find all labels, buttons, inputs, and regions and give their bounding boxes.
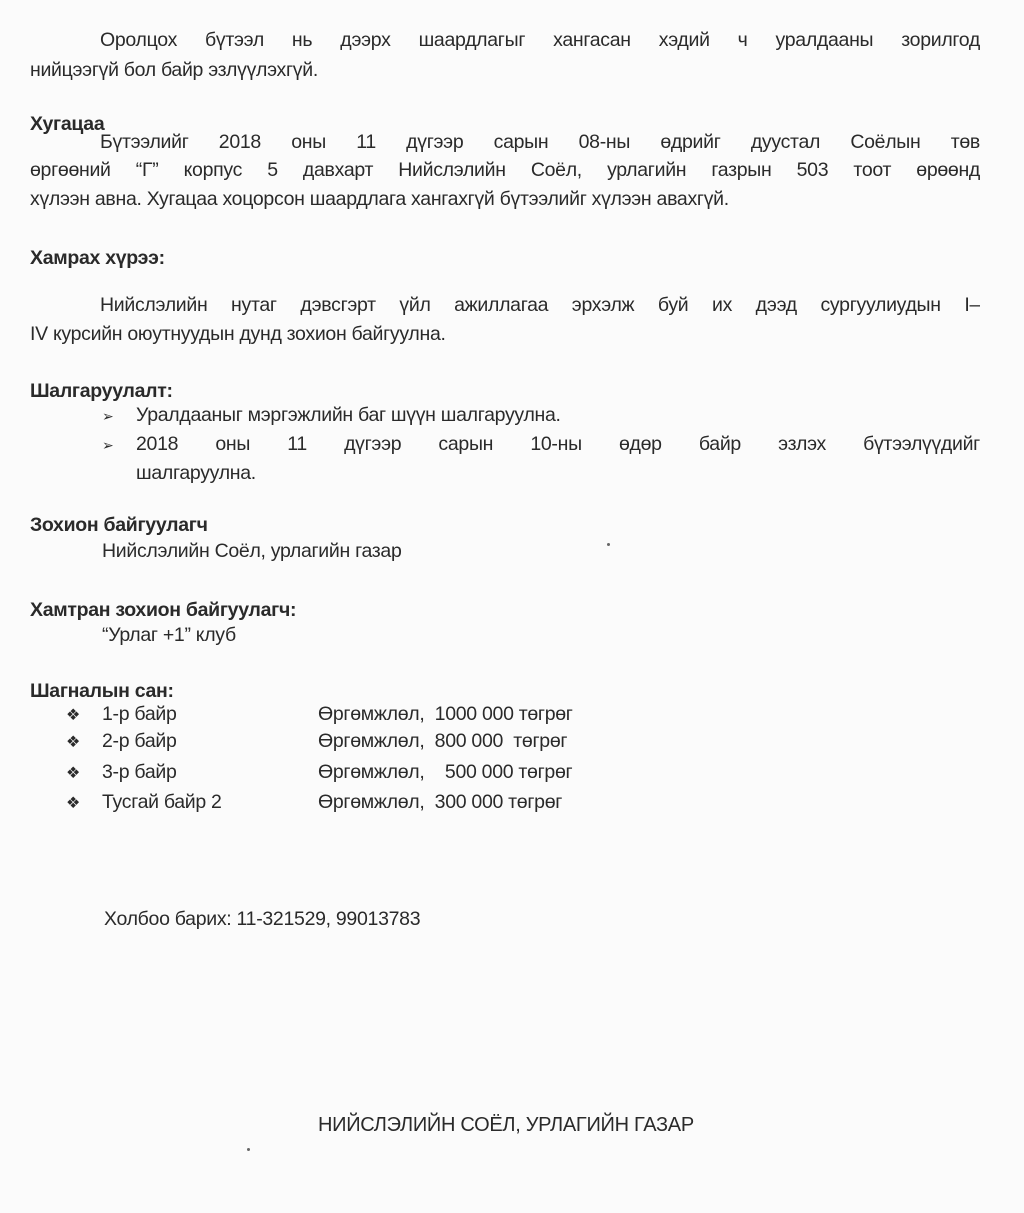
scope-heading: Хамрах хүрээ:: [30, 245, 165, 271]
scan-speck: [247, 1148, 250, 1151]
four-diamond-bullet-icon: ❖: [66, 763, 80, 783]
intro-line-2: нийцээгүй бол байр эзлүүлэхгүй.: [30, 59, 318, 82]
prize-row: ❖ Тусгай байр 2 Өргөмжлөл, 300 000 төгрө…: [66, 791, 666, 819]
deadline-line-2: өргөөний “Г” корпус 5 давхарт Нийслэлийн…: [30, 159, 980, 189]
four-diamond-bullet-icon: ❖: [66, 705, 80, 725]
organizer-value: Нийслэлийн Соёл, урлагийн газар: [102, 540, 402, 563]
four-diamond-bullet-icon: ❖: [66, 793, 80, 813]
arrow-bullet-icon: ➢: [102, 408, 114, 425]
scope-line-2: IV курсийн оюутнуудын дунд зохион байгуу…: [30, 323, 446, 346]
selection-item-text: 2018 оны 11 дүгээр сарын 10-ны өдөр байр…: [136, 433, 980, 463]
selection-item-text: Уралдааныг мэргэжлийн баг шүүн шалгаруул…: [136, 404, 561, 427]
document-page: Оролцох бүтээл нь дээрх шаардлагыг ханга…: [0, 0, 1024, 1213]
prize-place: 2-р байр: [102, 730, 177, 753]
co-organizer-value: “Урлаг +1” клуб: [102, 624, 236, 647]
prize-place: 1-р байр: [102, 703, 177, 726]
selection-heading: Шалгаруулалт:: [30, 378, 173, 404]
prize-row: ❖ 2-р байр Өргөмжлөл, 800 000 төгрөг: [66, 730, 666, 758]
prize-award: Өргөмжлөл, 1000 000 төгрөг: [318, 703, 573, 726]
signature-organization: НИЙСЛЭЛИЙН СОЁЛ, УРЛАГИЙН ГАЗАР: [318, 1114, 694, 1137]
selection-item-text-cont: шалгаруулна.: [136, 462, 256, 485]
prize-row: ❖ 3-р байр Өргөмжлөл, 500 000 төгрөг: [66, 761, 666, 789]
deadline-line-1: Бүтээлийг 2018 оны 11 дүгээр сарын 08-ны…: [30, 131, 980, 161]
intro-line-1: Оролцох бүтээл нь дээрх шаардлагыг ханга…: [30, 29, 980, 59]
contact-info: Холбоо барих: 11-321529, 99013783: [104, 908, 420, 931]
scope-line-1: Нийслэлийн нутаг дэвсгэрт үйл ажиллагаа …: [30, 294, 980, 324]
arrow-bullet-icon: ➢: [102, 437, 114, 454]
four-diamond-bullet-icon: ❖: [66, 732, 80, 752]
prize-award: Өргөмжлөл, 300 000 төгрөг: [318, 791, 562, 814]
prize-award: Өргөмжлөл, 500 000 төгрөг: [318, 761, 572, 784]
prize-place: 3-р байр: [102, 761, 177, 784]
deadline-line-3: хүлээн авна. Хугацаа хоцорсон шаардлага …: [30, 188, 729, 211]
organizer-heading: Зохион байгуулагч: [30, 512, 208, 538]
prizes-heading: Шагналын сан:: [30, 678, 174, 704]
co-organizer-heading: Хамтран зохион байгуулагч:: [30, 597, 296, 623]
scan-speck: [607, 543, 610, 546]
prize-place: Тусгай байр 2: [102, 791, 222, 814]
prize-award: Өргөмжлөл, 800 000 төгрөг: [318, 730, 567, 753]
prize-row: ❖ 1-р байр Өргөмжлөл, 1000 000 төгрөг: [66, 703, 666, 731]
